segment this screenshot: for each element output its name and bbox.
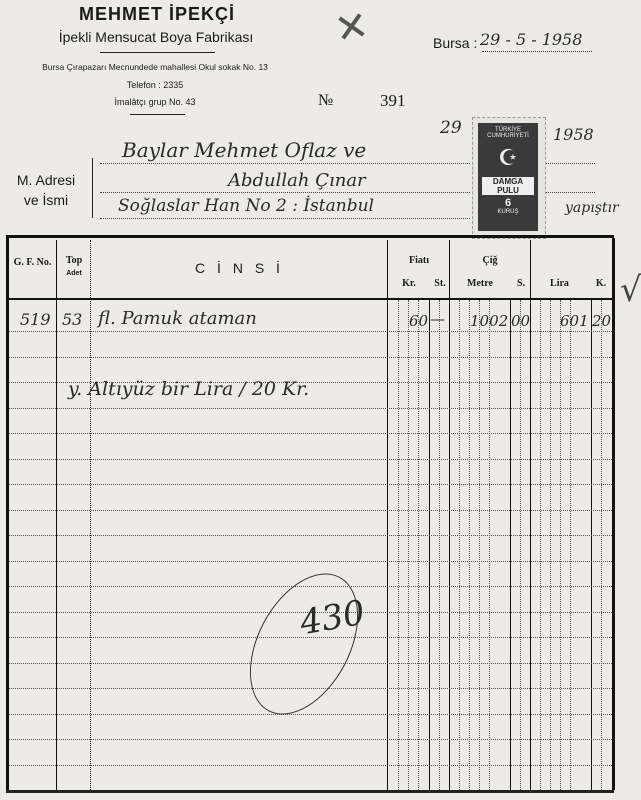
row-rule xyxy=(9,484,612,485)
customer-name-line2: Abdullah Çınar xyxy=(228,170,366,191)
row-rule xyxy=(9,561,612,562)
col-divider xyxy=(591,300,592,790)
stamp-unit: KURUŞ xyxy=(478,209,538,215)
customer-address-line: Soğlaslar Han No 2 : İstanbul xyxy=(118,196,374,216)
stamp-value: 6 xyxy=(478,197,538,209)
table-top-border xyxy=(6,235,502,238)
crescent-star-icon: ☪ xyxy=(478,145,538,171)
col-divider xyxy=(449,240,450,790)
stamp-side-note: yapıştır xyxy=(565,200,619,216)
invoice-date: 29 - 5 - 1958 xyxy=(480,30,582,49)
header-cig: Çiğ xyxy=(451,255,529,266)
divider xyxy=(130,114,185,115)
header-s: S. xyxy=(511,278,531,289)
customer-line-rule xyxy=(100,163,470,164)
grid-line xyxy=(540,300,541,790)
brace xyxy=(92,158,101,218)
header-metre: Metre xyxy=(455,278,505,289)
header-adet: Adet xyxy=(58,270,90,277)
row1-top-adet: 53 xyxy=(62,310,82,329)
stamp-title: DAMGA PULU xyxy=(482,177,534,195)
row-rule xyxy=(9,739,612,740)
grid-line xyxy=(560,300,561,790)
grid-line xyxy=(439,300,440,790)
grid-line xyxy=(398,300,399,790)
total-circle xyxy=(228,555,381,732)
header-cinsi: C İ N S İ xyxy=(92,260,387,276)
col-divider xyxy=(387,240,388,790)
header-top: Top xyxy=(58,255,90,266)
grid-line xyxy=(520,300,521,790)
row1-metre: 1002 xyxy=(470,312,508,330)
row-rule xyxy=(9,510,612,511)
customer-name-line1: Baylar Mehmet Oflaz ve xyxy=(122,138,366,162)
col-divider xyxy=(530,240,531,790)
company-subtitle: İpekli Mensucat Boya Fabrikası xyxy=(25,29,287,45)
header-kr: Kr. xyxy=(394,278,424,289)
row1-fiat-kr: 60 xyxy=(409,312,428,330)
row1-fiat-st: — xyxy=(430,310,445,328)
grid-line xyxy=(408,300,409,790)
header-fiati: Fiatı xyxy=(389,255,449,266)
header-k: K. xyxy=(592,278,610,289)
date-dotted-line xyxy=(482,51,592,52)
invoice-number-label: № xyxy=(318,92,333,110)
amount-in-words: y. Altıyüz bir Lira / 20 Kr. xyxy=(68,378,309,400)
grid-line xyxy=(570,300,571,790)
row1-gf-no: 519 xyxy=(20,310,51,329)
table-header-divider xyxy=(9,298,612,300)
table-top-border-right xyxy=(502,235,614,238)
table-bottom-border xyxy=(6,790,502,793)
col-divider xyxy=(429,300,430,790)
row-rule xyxy=(9,535,612,536)
row1-s: 00 xyxy=(511,312,530,330)
revenue-stamp: TÜRKİYE CUMHURİYETİ ☪ DAMGA PULU 6 KURUŞ xyxy=(472,117,546,239)
row1-k: 20 xyxy=(592,312,611,330)
customer-line-rule xyxy=(100,218,470,219)
invoice-number: 391 xyxy=(380,91,406,111)
row-rule xyxy=(9,408,612,409)
col-divider xyxy=(56,240,57,790)
stamp-date-year: 1958 xyxy=(553,125,594,144)
stamp-date-day: 29 xyxy=(440,118,462,138)
customer-line-rule xyxy=(545,163,595,164)
row-rule xyxy=(9,357,612,358)
col-divider xyxy=(510,300,511,790)
header-st: St. xyxy=(430,278,450,289)
customer-line-rule xyxy=(545,192,595,193)
header-lira: Lira xyxy=(532,278,587,289)
grid-line xyxy=(550,300,551,790)
checkmark-icon: √ xyxy=(620,270,641,310)
grid-line xyxy=(601,300,602,790)
grid-line xyxy=(418,300,419,790)
table-bottom-border-right xyxy=(502,790,614,793)
header-gf-no: G. F. No. xyxy=(10,256,55,269)
city-label: Bursa : xyxy=(433,35,477,51)
divider xyxy=(100,52,215,53)
row1-lira: 601 xyxy=(560,312,589,330)
producer-group: İmalâtçı grup No. 43 xyxy=(60,97,250,107)
company-address: Bursa Çırapazarı Mecnundede mahallesi Ok… xyxy=(10,62,300,72)
customer-label: M. Adresi ve İsmi xyxy=(6,170,86,210)
customer-label-line1: M. Adresi xyxy=(6,170,86,190)
col-divider xyxy=(90,240,91,790)
grid-line xyxy=(489,300,490,790)
stamp-top-text: TÜRKİYE CUMHURİYETİ xyxy=(478,127,538,139)
company-name: MEHMET İPEKÇİ xyxy=(62,4,252,25)
x-mark-icon: ✕ xyxy=(331,2,372,53)
row-rule xyxy=(9,765,612,766)
grid-line xyxy=(479,300,480,790)
customer-label-line2: ve İsmi xyxy=(6,190,86,210)
company-telephone: Telefon : 2335 xyxy=(60,80,250,90)
table-left-border xyxy=(6,238,9,790)
grid-line xyxy=(459,300,460,790)
grid-line xyxy=(469,300,470,790)
row-rule xyxy=(9,331,612,332)
row-rule xyxy=(9,459,612,460)
row-rule xyxy=(9,714,612,715)
row-rule xyxy=(9,433,612,434)
row1-cinsi: fl. Pamuk ataman xyxy=(98,308,257,329)
customer-line-rule xyxy=(100,192,470,193)
table-right-border xyxy=(612,238,615,790)
